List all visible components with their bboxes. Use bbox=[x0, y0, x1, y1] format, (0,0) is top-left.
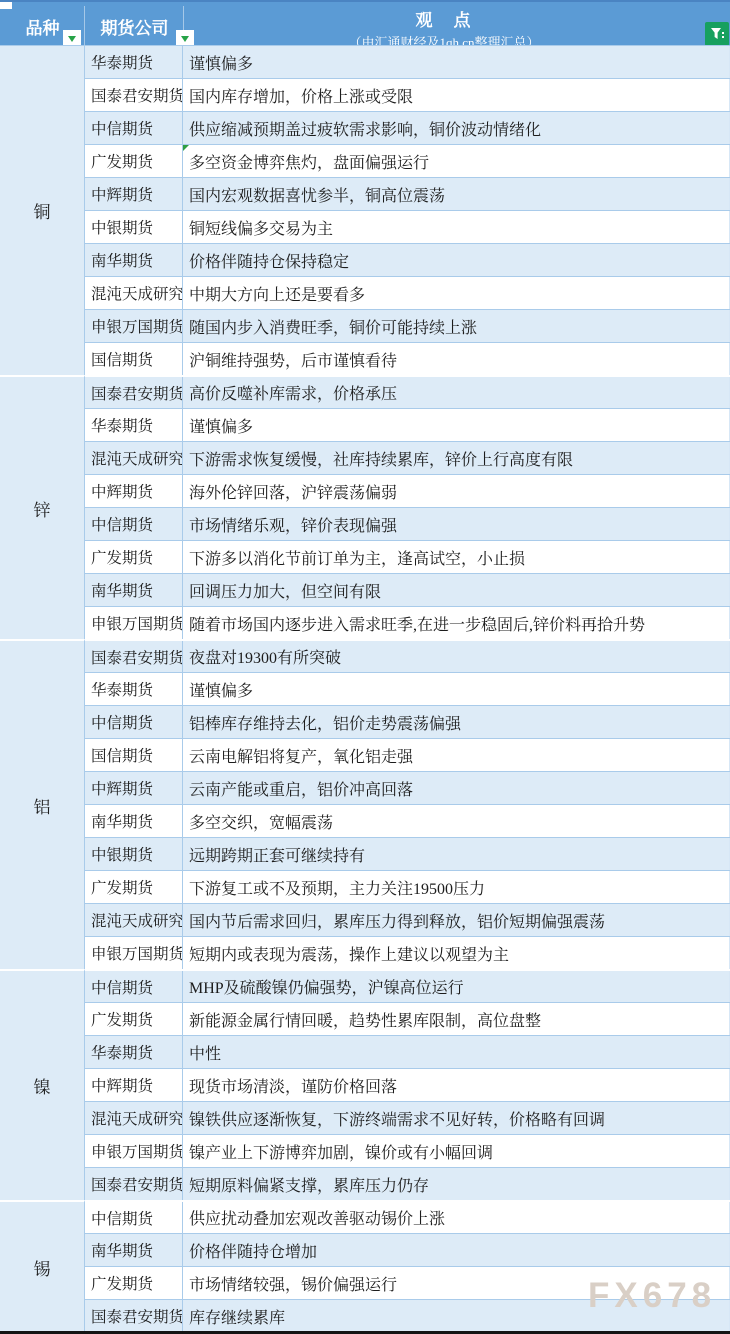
table-row: 申银万国期货随着市场国内逐步进入需求旺季,在进一步稳固后,锌价料再拾升势 bbox=[85, 606, 730, 639]
table-row: 国泰君安期货高价反噬补库需求，价格承压 bbox=[85, 375, 730, 408]
company-cell[interactable]: 国信期货 bbox=[85, 739, 183, 771]
watermark: FX678 bbox=[588, 1276, 716, 1316]
view-cell[interactable]: 随着市场国内逐步进入需求旺季,在进一步稳固后,锌价料再拾升势 bbox=[183, 607, 730, 639]
table-row: 申银万国期货镍产业上下游博弈加剧，镍价或有小幅回调 bbox=[85, 1134, 730, 1167]
spreadsheet-opinion-table: 品种 期货公司 观 点 （由汇通财经及1qh.cn整理汇总） 铜华泰期货谨慎偏多… bbox=[0, 0, 730, 1334]
view-cell[interactable]: 国内宏观数据喜忧参半，铜高位震荡 bbox=[183, 178, 730, 210]
section-rows: 国泰君安期货高价反噬补库需求，价格承压华泰期货谨慎偏多混沌天成研究下游需求恢复缓… bbox=[85, 375, 730, 639]
company-cell[interactable]: 申银万国期货 bbox=[85, 310, 183, 342]
variety-cell[interactable]: 镍 bbox=[0, 969, 85, 1200]
view-cell[interactable]: 多空交织，宽幅震荡 bbox=[183, 805, 730, 837]
filter-dropdown-icon bbox=[68, 36, 76, 42]
table-row: 华泰期货谨慎偏多 bbox=[85, 672, 730, 705]
view-cell[interactable]: MHP及硫酸镍仍偏强势，沪镍高位运行 bbox=[183, 971, 730, 1002]
view-cell[interactable]: 价格伴随持仓保持稳定 bbox=[183, 244, 730, 276]
table-row: 南华期货价格伴随持仓增加 bbox=[85, 1233, 730, 1266]
company-cell[interactable]: 国信期货 bbox=[85, 343, 183, 375]
view-cell[interactable]: 铜短线偏多交易为主 bbox=[183, 211, 730, 243]
variety-section-铝: 铝国泰君安期货夜盘对19300有所突破华泰期货谨慎偏多中信期货铝棒库存维持去化，… bbox=[0, 639, 730, 969]
variety-section-锌: 锌国泰君安期货高价反噬补库需求，价格承压华泰期货谨慎偏多混沌天成研究下游需求恢复… bbox=[0, 375, 730, 639]
view-cell[interactable]: 中性 bbox=[183, 1036, 730, 1068]
table-row: 中信期货供应扰动叠加宏观改善驱动锡价上涨 bbox=[85, 1200, 730, 1233]
view-cell[interactable]: 供应扰动叠加宏观改善驱动锡价上涨 bbox=[183, 1202, 730, 1233]
view-cell[interactable]: 国内库存增加，价格上涨或受限 bbox=[183, 79, 730, 111]
company-cell[interactable]: 混沌天成研究 bbox=[85, 442, 183, 474]
view-cell[interactable]: 谨慎偏多 bbox=[183, 673, 730, 705]
table-row: 广发期货下游多以消化节前订单为主，逢高试空，小止损 bbox=[85, 540, 730, 573]
view-cell[interactable]: 谨慎偏多 bbox=[183, 46, 730, 78]
table-row: 南华期货多空交织，宽幅震荡 bbox=[85, 804, 730, 837]
company-cell[interactable]: 中辉期货 bbox=[85, 772, 183, 804]
table-filter-funnel-button[interactable] bbox=[705, 22, 729, 46]
variety-cell[interactable]: 铜 bbox=[0, 45, 85, 375]
company-cell[interactable]: 华泰期货 bbox=[85, 673, 183, 705]
company-cell[interactable]: 中信期货 bbox=[85, 1202, 183, 1233]
view-cell[interactable]: 云南产能或重启，铝价冲高回落 bbox=[183, 772, 730, 804]
company-cell[interactable]: 广发期货 bbox=[85, 541, 183, 573]
view-cell[interactable]: 海外伦锌回落，沪锌震荡偏弱 bbox=[183, 475, 730, 507]
company-cell[interactable]: 混沌天成研究 bbox=[85, 277, 183, 309]
company-cell[interactable]: 中辉期货 bbox=[85, 1069, 183, 1101]
view-cell[interactable]: 下游需求恢复缓慢，社库持续累库，锌价上行高度有限 bbox=[183, 442, 730, 474]
table-row: 中信期货MHP及硫酸镍仍偏强势，沪镍高位运行 bbox=[85, 969, 730, 1002]
company-cell[interactable]: 南华期货 bbox=[85, 574, 183, 606]
section-rows: 中信期货MHP及硫酸镍仍偏强势，沪镍高位运行广发期货新能源金属行情回暖，趋势性累… bbox=[85, 969, 730, 1200]
company-cell[interactable]: 国泰君安期货 bbox=[85, 641, 183, 672]
view-column-title: 观 点 bbox=[184, 6, 704, 31]
company-cell[interactable]: 华泰期货 bbox=[85, 409, 183, 441]
table-row: 国信期货沪铜维持强势，后市谨慎看待 bbox=[85, 342, 730, 375]
company-cell[interactable]: 国泰君安期货 bbox=[85, 377, 183, 408]
view-cell[interactable]: 中期大方向上还是要看多 bbox=[183, 277, 730, 309]
table-row: 广发期货新能源金属行情回暖，趋势性累库限制，高位盘整 bbox=[85, 1002, 730, 1035]
view-cell[interactable]: 多空资金博弈焦灼，盘面偏强运行 bbox=[183, 145, 730, 177]
company-cell[interactable]: 广发期货 bbox=[85, 1267, 183, 1299]
view-cell[interactable]: 镍铁供应逐渐恢复，下游终端需求不见好转，价格略有回调 bbox=[183, 1102, 730, 1134]
view-cell[interactable]: 下游复工或不及预期，主力关注19500压力 bbox=[183, 871, 730, 903]
table-row: 申银万国期货随国内步入消费旺季，铜价可能持续上涨 bbox=[85, 309, 730, 342]
view-cell[interactable]: 沪铜维持强势，后市谨慎看待 bbox=[183, 343, 730, 375]
table-row: 南华期货回调压力加大，但空间有限 bbox=[85, 573, 730, 606]
table-row: 国泰君安期货短期原料偏紧支撑，累库压力仍存 bbox=[85, 1167, 730, 1200]
company-cell[interactable]: 中信期货 bbox=[85, 971, 183, 1002]
view-cell[interactable]: 谨慎偏多 bbox=[183, 409, 730, 441]
company-cell[interactable]: 中信期货 bbox=[85, 706, 183, 738]
table-row: 中信期货供应缩减预期盖过疲软需求影响，铜价波动情绪化 bbox=[85, 111, 730, 144]
table-row: 中银期货铜短线偏多交易为主 bbox=[85, 210, 730, 243]
view-cell[interactable]: 国内节后需求回归，累库压力得到释放，铝价短期偏强震荡 bbox=[183, 904, 730, 936]
company-cell[interactable]: 南华期货 bbox=[85, 805, 183, 837]
table-row: 华泰期货谨慎偏多 bbox=[85, 45, 730, 78]
company-cell[interactable]: 申银万国期货 bbox=[85, 607, 183, 639]
view-cell[interactable]: 下游多以消化节前订单为主，逢高试空，小止损 bbox=[183, 541, 730, 573]
company-column-header[interactable]: 期货公司 bbox=[85, 14, 184, 39]
cell-comment-marker-icon bbox=[183, 145, 189, 151]
company-cell[interactable]: 中银期货 bbox=[85, 211, 183, 243]
view-cell[interactable]: 供应缩减预期盖过疲软需求影响，铜价波动情绪化 bbox=[183, 112, 730, 144]
variety-section-镍: 镍中信期货MHP及硫酸镍仍偏强势，沪镍高位运行广发期货新能源金属行情回暖，趋势性… bbox=[0, 969, 730, 1200]
company-cell[interactable]: 南华期货 bbox=[85, 1234, 183, 1266]
company-cell[interactable]: 中银期货 bbox=[85, 838, 183, 870]
company-cell[interactable]: 中辉期货 bbox=[85, 178, 183, 210]
company-cell[interactable]: 混沌天成研究 bbox=[85, 1102, 183, 1134]
view-cell[interactable]: 随国内步入消费旺季，铜价可能持续上涨 bbox=[183, 310, 730, 342]
company-cell[interactable]: 申银万国期货 bbox=[85, 937, 183, 969]
view-cell[interactable]: 市场情绪乐观，锌价表现偏强 bbox=[183, 508, 730, 540]
view-cell[interactable]: 短期原料偏紧支撑，累库压力仍存 bbox=[183, 1168, 730, 1200]
table-row: 混沌天成研究国内节后需求回归，累库压力得到释放，铝价短期偏强震荡 bbox=[85, 903, 730, 936]
table-row: 中信期货铝棒库存维持去化，铝价走势震荡偏强 bbox=[85, 705, 730, 738]
company-cell[interactable]: 华泰期货 bbox=[85, 46, 183, 78]
view-cell[interactable]: 回调压力加大，但空间有限 bbox=[183, 574, 730, 606]
variety-cell[interactable]: 锌 bbox=[0, 375, 85, 639]
section-rows: 华泰期货谨慎偏多国泰君安期货国内库存增加，价格上涨或受限中信期货供应缩减预期盖过… bbox=[85, 45, 730, 375]
view-cell[interactable]: 夜盘对19300有所突破 bbox=[183, 641, 730, 672]
table-row: 混沌天成研究镍铁供应逐渐恢复，下游终端需求不见好转，价格略有回调 bbox=[85, 1101, 730, 1134]
company-cell[interactable]: 华泰期货 bbox=[85, 1036, 183, 1068]
view-cell[interactable]: 价格伴随持仓增加 bbox=[183, 1234, 730, 1266]
table-header: 品种 期货公司 观 点 （由汇通财经及1qh.cn整理汇总） bbox=[0, 0, 730, 45]
view-cell[interactable]: 现货市场清淡，谨防价格回落 bbox=[183, 1069, 730, 1101]
company-cell[interactable]: 广发期货 bbox=[85, 871, 183, 903]
variety-cell[interactable]: 锡 bbox=[0, 1200, 85, 1332]
company-cell[interactable]: 申银万国期货 bbox=[85, 1135, 183, 1167]
table-row: 中信期货市场情绪乐观，锌价表现偏强 bbox=[85, 507, 730, 540]
company-cell[interactable]: 南华期货 bbox=[85, 244, 183, 276]
variety-section-铜: 铜华泰期货谨慎偏多国泰君安期货国内库存增加，价格上涨或受限中信期货供应缩减预期盖… bbox=[0, 45, 730, 375]
section-rows: 国泰君安期货夜盘对19300有所突破华泰期货谨慎偏多中信期货铝棒库存维持去化，铝… bbox=[85, 639, 730, 969]
company-cell[interactable]: 广发期货 bbox=[85, 145, 183, 177]
table-row: 中辉期货海外伦锌回落，沪锌震荡偏弱 bbox=[85, 474, 730, 507]
table-row: 中辉期货国内宏观数据喜忧参半，铜高位震荡 bbox=[85, 177, 730, 210]
company-cell[interactable]: 国泰君安期货 bbox=[85, 1168, 183, 1200]
view-cell[interactable]: 云南电解铝将复产，氧化铝走强 bbox=[183, 739, 730, 771]
filter-funnel-icon bbox=[709, 26, 725, 42]
table-row: 中辉期货现货市场清淡，谨防价格回落 bbox=[85, 1068, 730, 1101]
table-row: 广发期货多空资金博弈焦灼，盘面偏强运行 bbox=[85, 144, 730, 177]
table-row: 混沌天成研究下游需求恢复缓慢，社库持续累库，锌价上行高度有限 bbox=[85, 441, 730, 474]
table-body: 铜华泰期货谨慎偏多国泰君安期货国内库存增加，价格上涨或受限中信期货供应缩减预期盖… bbox=[0, 45, 730, 1332]
table-row: 华泰期货谨慎偏多 bbox=[85, 408, 730, 441]
view-cell[interactable]: 铝棒库存维持去化，铝价走势震荡偏强 bbox=[183, 706, 730, 738]
variety-cell[interactable]: 铝 bbox=[0, 639, 85, 969]
table-row: 广发期货下游复工或不及预期，主力关注19500压力 bbox=[85, 870, 730, 903]
table-row: 国泰君安期货夜盘对19300有所突破 bbox=[85, 639, 730, 672]
view-cell[interactable]: 远期跨期正套可继续持有 bbox=[183, 838, 730, 870]
table-row: 混沌天成研究中期大方向上还是要看多 bbox=[85, 276, 730, 309]
sheet-corner-notch bbox=[0, 2, 12, 9]
view-cell[interactable]: 短期内或表现为震荡，操作上建议以观望为主 bbox=[183, 937, 730, 969]
table-row: 南华期货价格伴随持仓保持稳定 bbox=[85, 243, 730, 276]
company-cell[interactable]: 国泰君安期货 bbox=[85, 79, 183, 111]
table-row: 申银万国期货短期内或表现为震荡，操作上建议以观望为主 bbox=[85, 936, 730, 969]
view-cell[interactable]: 新能源金属行情回暖，趋势性累库限制，高位盘整 bbox=[183, 1003, 730, 1035]
table-row: 华泰期货中性 bbox=[85, 1035, 730, 1068]
company-cell[interactable]: 国泰君安期货 bbox=[85, 1300, 183, 1332]
company-cell[interactable]: 中信期货 bbox=[85, 508, 183, 540]
company-cell[interactable]: 中辉期货 bbox=[85, 475, 183, 507]
table-row: 国信期货云南电解铝将复产，氧化铝走强 bbox=[85, 738, 730, 771]
company-cell[interactable]: 混沌天成研究 bbox=[85, 904, 183, 936]
company-cell[interactable]: 广发期货 bbox=[85, 1003, 183, 1035]
view-cell[interactable]: 镍产业上下游博弈加剧，镍价或有小幅回调 bbox=[183, 1135, 730, 1167]
company-cell[interactable]: 中信期货 bbox=[85, 112, 183, 144]
view-cell[interactable]: 高价反噬补库需求，价格承压 bbox=[183, 377, 730, 408]
table-row: 国泰君安期货国内库存增加，价格上涨或受限 bbox=[85, 78, 730, 111]
table-row: 中银期货远期跨期正套可继续持有 bbox=[85, 837, 730, 870]
table-row: 中辉期货云南产能或重启，铝价冲高回落 bbox=[85, 771, 730, 804]
